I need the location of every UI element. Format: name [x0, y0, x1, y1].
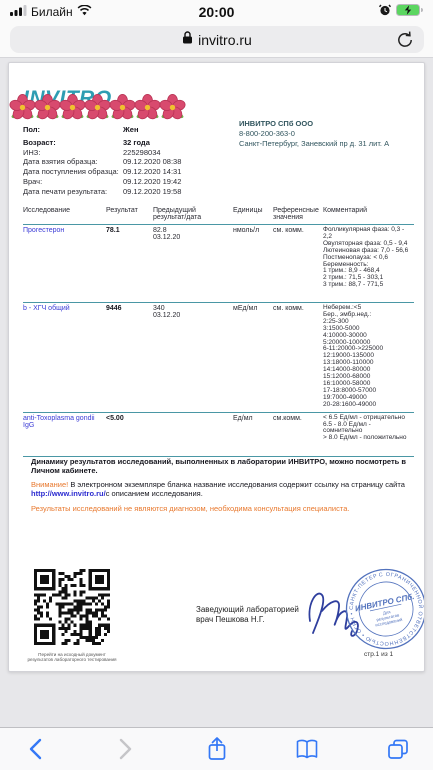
test-link[interactable]: anti-Toxoplasma gondii IgG: [23, 413, 106, 456]
browser-toolbar: [0, 727, 433, 770]
disclaimer-note: Результаты исследований не являются диаг…: [31, 504, 425, 513]
test-link[interactable]: Прогестерон: [23, 225, 106, 302]
results-table: Исследование Результат Предыдущий резуль…: [23, 205, 414, 457]
flower-icon: [134, 94, 161, 121]
clinic-info: ИНВИТРО СПб ООО 8-800-200-363-0 Санкт-Пе…: [239, 119, 424, 149]
test-link[interactable]: b - ХГЧ общий: [23, 303, 106, 412]
lab-report-document: INVITRO: [8, 62, 425, 672]
attention-note: Внимание! В электронном экземпляре бланк…: [31, 480, 425, 498]
browser-chrome-top: Билайн 20:00 invitro.ru: [0, 0, 433, 58]
patient-row: Возраст: 32 года: [23, 138, 233, 148]
footer-notes: Динамику результатов исследований, выпол…: [31, 457, 425, 513]
url-label: invitro.ru: [198, 32, 252, 48]
stamp-seal: С ОГРАНИЧЕННОЙ ОТВЕТСТВЕННОСТЬЮ • ОГРН •…: [344, 567, 425, 651]
flower-icon: [34, 94, 61, 121]
clinic-address: Санкт-Петербург, Заневский пр д. 31 лит.…: [239, 139, 424, 149]
flower-icon: [84, 94, 111, 121]
patient-row: ИНЗ: 225298034: [23, 148, 233, 158]
flower-icon: [59, 94, 86, 121]
back-button[interactable]: [22, 736, 48, 762]
patient-row: Пол: Жен: [23, 125, 233, 135]
bookmarks-button[interactable]: [294, 736, 320, 762]
table-row: Прогестерон 78.1 82.8 03.12.20 нмоль/л с…: [23, 225, 414, 303]
signed-by-label: Заведующий лабораторией врач Пешкова Н.Г…: [196, 605, 316, 625]
alarm-icon: [379, 3, 391, 21]
battery-charging-icon: [396, 3, 423, 21]
invitro-link[interactable]: http://www.invitro.ru/: [31, 489, 106, 498]
patient-info: Пол: Жен Возраст: 32 года ИНЗ: 225298034…: [23, 125, 233, 197]
dynamics-note: Динамику результатов исследований, выпол…: [31, 457, 425, 475]
qr-code: [34, 569, 110, 645]
page-number: стр.1 из 1: [364, 651, 393, 658]
table-header-row: Исследование Результат Предыдущий резуль…: [23, 205, 414, 225]
clock: 20:00: [0, 4, 433, 20]
status-bar: Билайн 20:00: [0, 0, 433, 24]
webpage-background: INVITRO: [0, 58, 433, 727]
share-button[interactable]: [204, 736, 230, 762]
clinic-phone: 8-800-200-363-0: [239, 129, 424, 139]
forward-button[interactable]: [113, 736, 139, 762]
clinic-name: ИНВИТРО СПб ООО: [239, 119, 424, 129]
flower-icon: [109, 94, 136, 121]
table-row: anti-Toxoplasma gondii IgG <5.00 Ед/мл с…: [23, 413, 414, 457]
reload-button[interactable]: [395, 30, 415, 50]
patient-row: Дата печати результата: 09.12.2020 19:58: [23, 187, 233, 197]
flower-censor-row: [9, 94, 199, 121]
patient-row: Врач: 09.12.2020 19:42: [23, 177, 233, 187]
table-row: b - ХГЧ общий 9446 340 03.12.20 мЕд/мл с…: [23, 303, 414, 413]
qr-block: Перейти на исходный документ результатов…: [26, 569, 118, 663]
patient-row: Дата поступления образца: 09.12.2020 14:…: [23, 167, 233, 177]
lock-icon: [182, 31, 193, 49]
qr-caption: Перейти на исходный документ результатов…: [26, 652, 118, 663]
flower-icon: [159, 94, 186, 121]
tabs-button[interactable]: [385, 736, 411, 762]
patient-row: Дата взятия образца: 09.12.2020 08:38: [23, 157, 233, 167]
address-bar[interactable]: invitro.ru: [10, 26, 424, 53]
flower-icon: [9, 94, 36, 121]
